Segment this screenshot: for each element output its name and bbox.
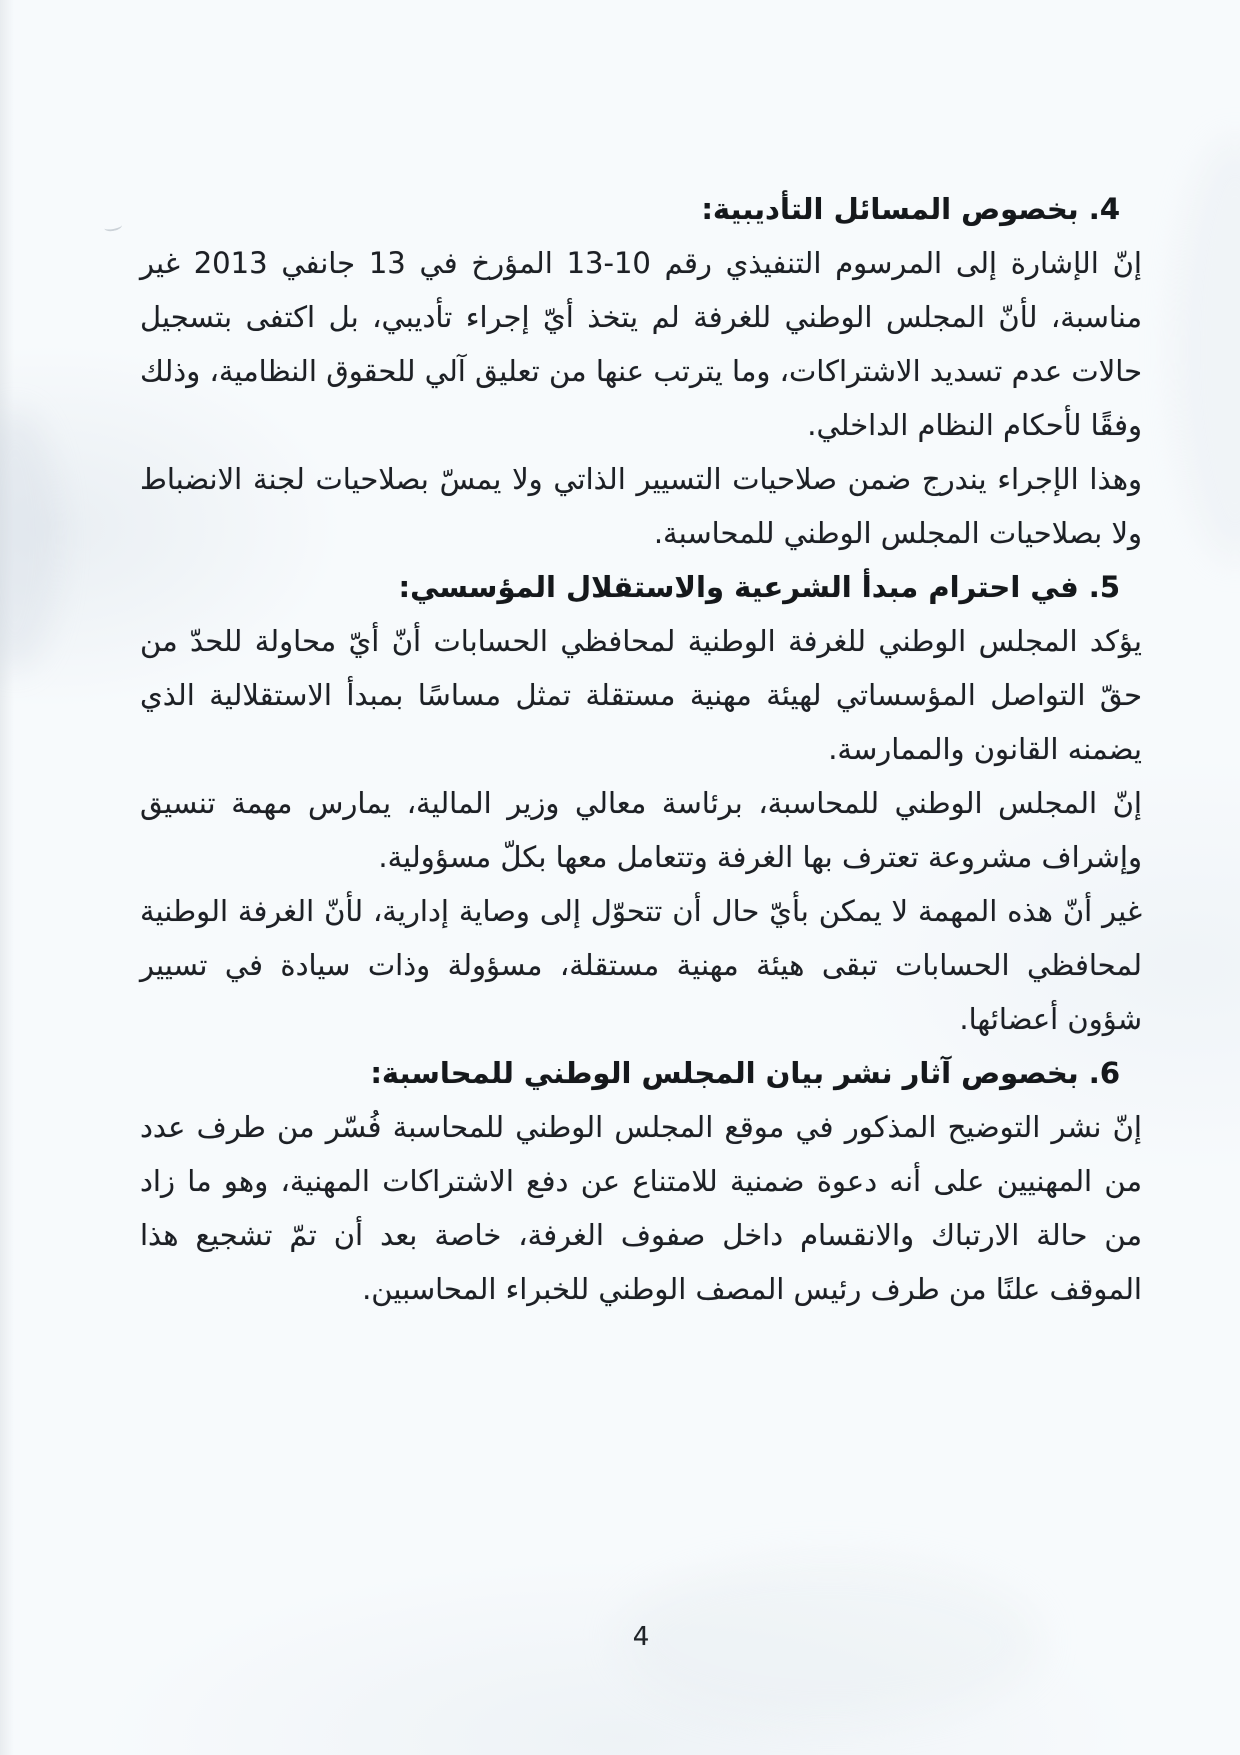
document-content: 4. بخصوص المسائل التأديبية: إنّ الإشارة … xyxy=(0,0,1240,1316)
section-6-heading: 6. بخصوص آثار نشر بيان المجلس الوطني للم… xyxy=(140,1046,1120,1100)
section-5-paragraph-1: يؤكد المجلس الوطني للغرفة الوطنية لمحافظ… xyxy=(140,614,1142,776)
document-page: 4. بخصوص المسائل التأديبية: إنّ الإشارة … xyxy=(0,0,1240,1755)
section-6-paragraph-1: إنّ نشر التوضيح المذكور في موقع المجلس ا… xyxy=(140,1100,1142,1316)
section-5-paragraph-2: إنّ المجلس الوطني للمحاسبة، برئاسة معالي… xyxy=(140,776,1142,884)
section-4-heading: 4. بخصوص المسائل التأديبية: xyxy=(140,182,1120,236)
section-5-paragraph-3: غير أنّ هذه المهمة لا يمكن بأيّ حال أن ت… xyxy=(140,884,1142,1046)
page-number: 4 xyxy=(0,1622,1240,1652)
section-4-paragraph-1: إنّ الإشارة إلى المرسوم التنفيذي رقم 10-… xyxy=(140,236,1142,452)
section-4-paragraph-2: وهذا الإجراء يندرج ضمن صلاحيات التسيير ا… xyxy=(140,452,1142,560)
section-5-heading: 5. في احترام مبدأ الشرعية والاستقلال الم… xyxy=(140,560,1120,614)
